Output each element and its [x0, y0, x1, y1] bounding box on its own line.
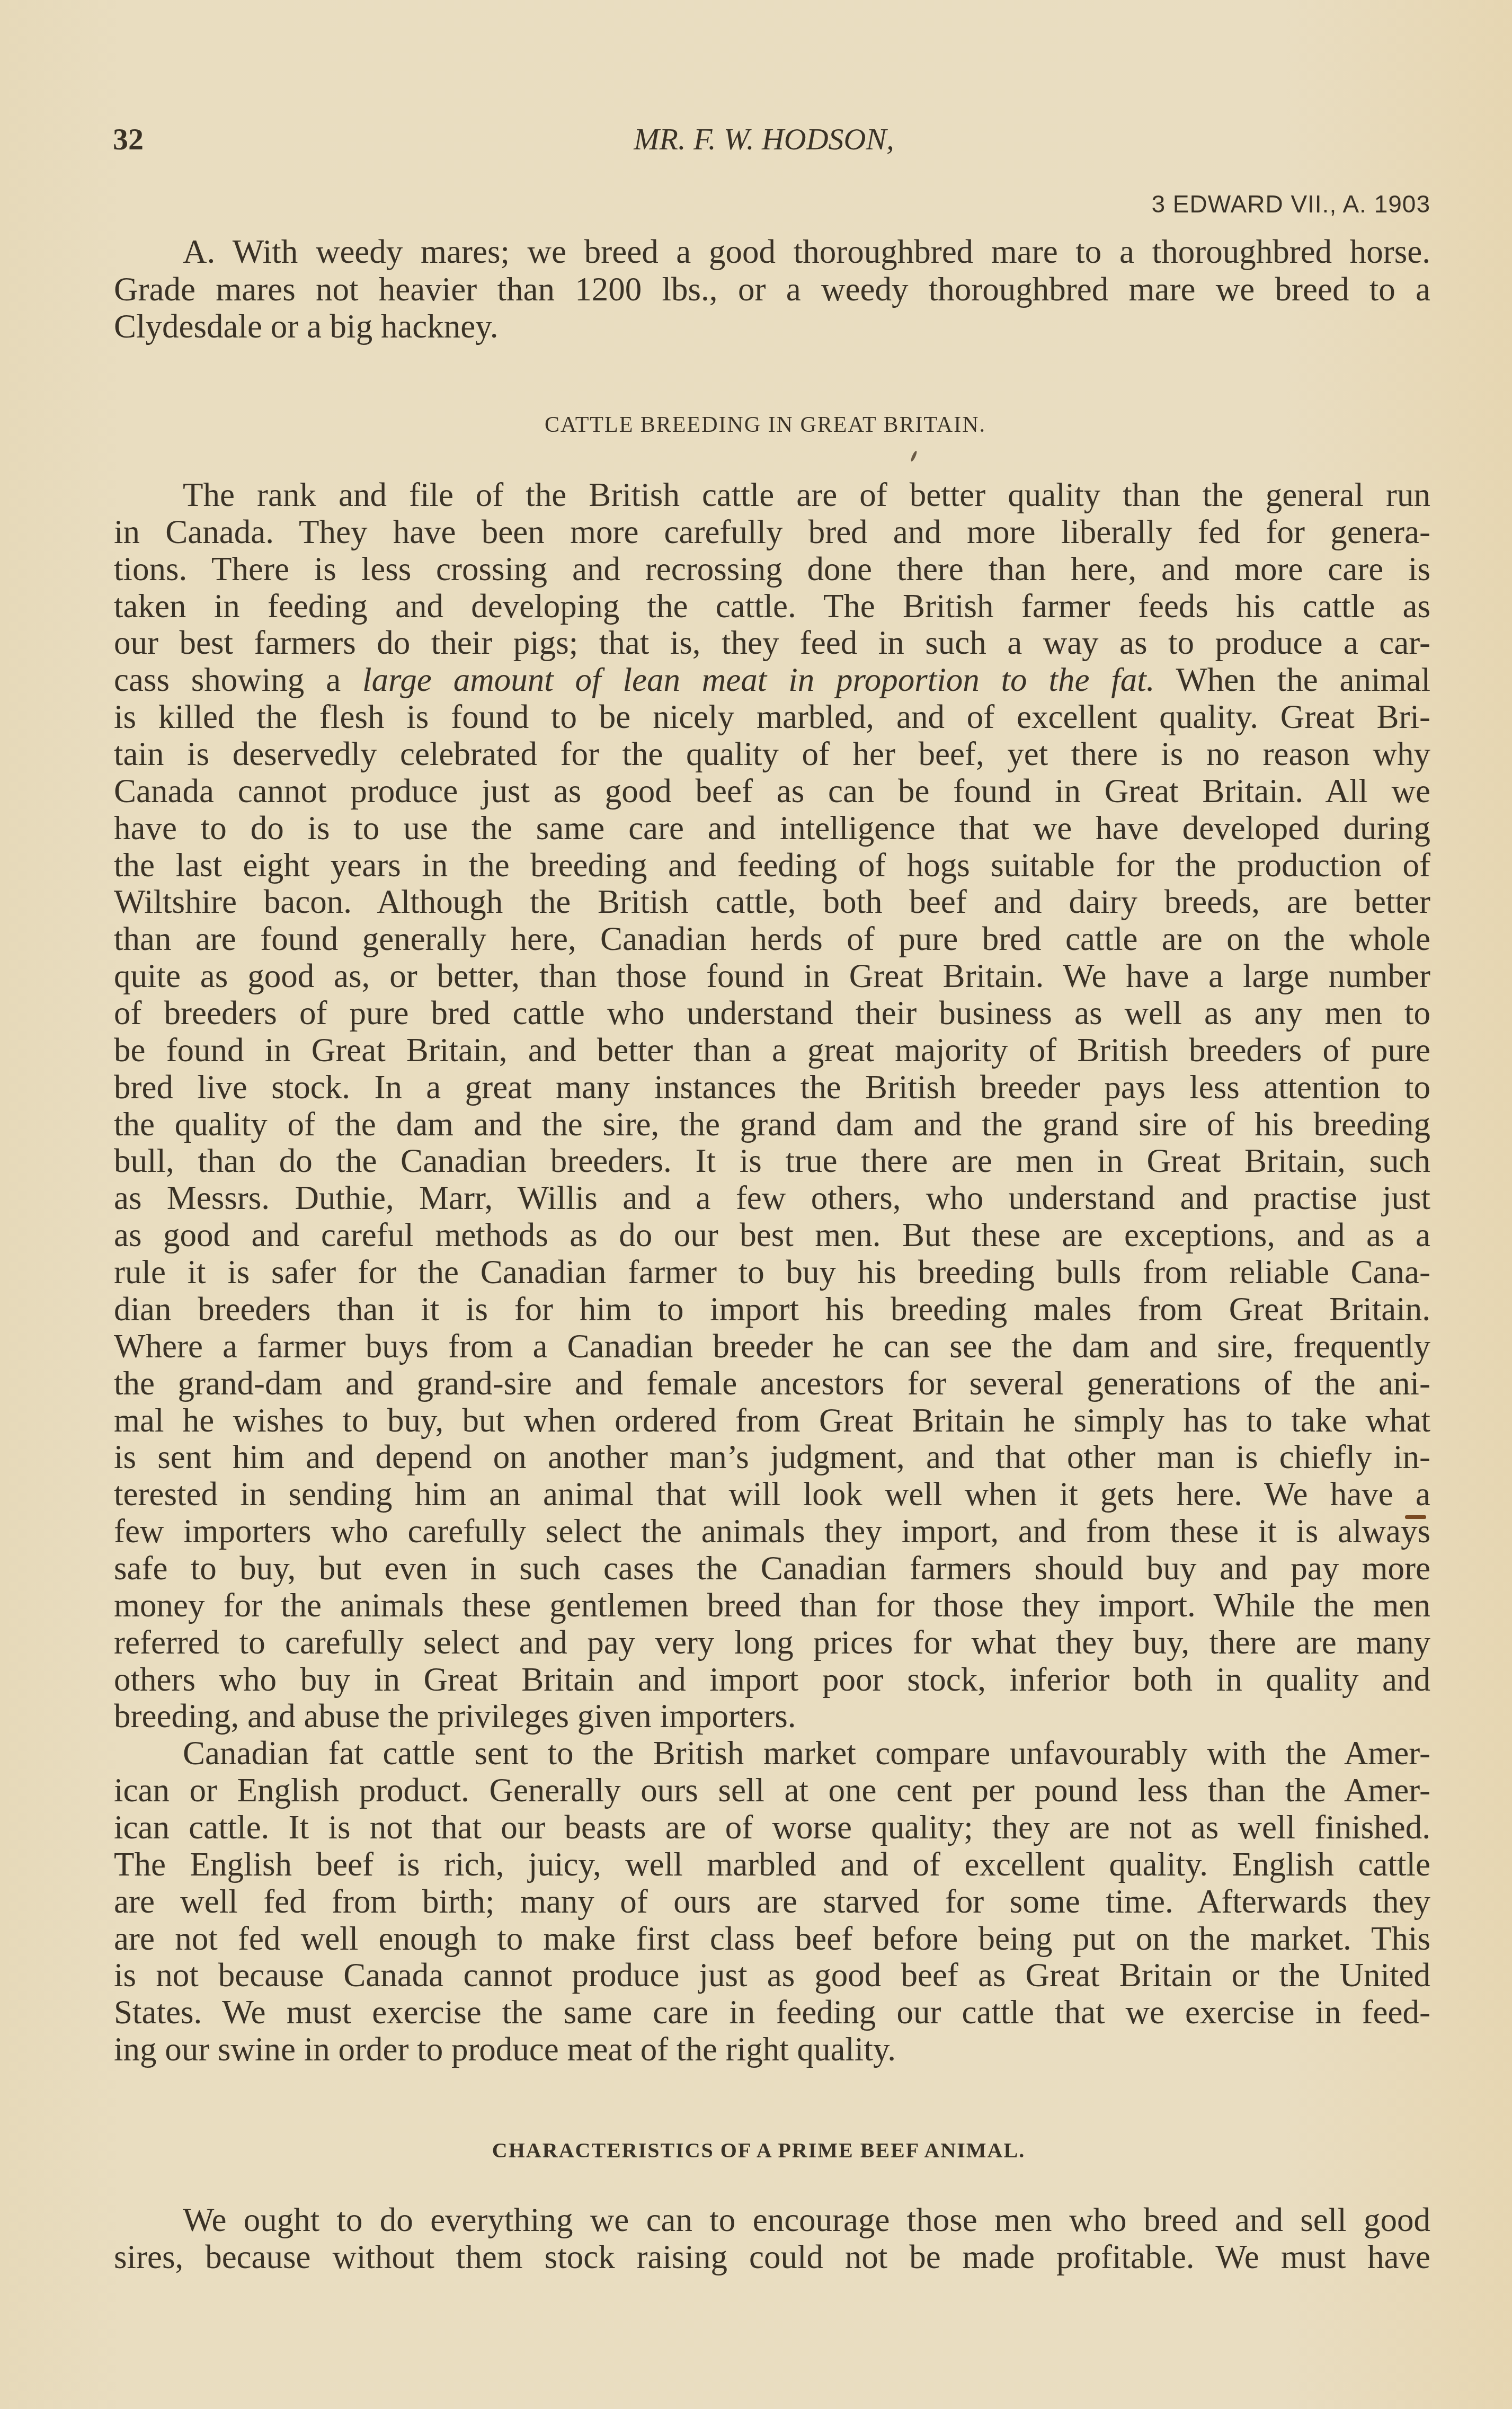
- text-line: have to do is to use the same care and i…: [114, 810, 1430, 847]
- text-line: the last eight years in the breeding and…: [114, 847, 1430, 884]
- text-line: safe to buy, but even in such cases the …: [114, 1550, 1430, 1587]
- text-line: the grand-dam and grand-sire and female …: [114, 1365, 1430, 1402]
- text-line: ing our swine in order to produce meat o…: [114, 2031, 1430, 2068]
- text-line: ican cattle. It is not that our beasts a…: [114, 1809, 1430, 1846]
- text-line: States. We must exercise the same care i…: [114, 1994, 1430, 2031]
- text-line: The rank and file of the British cattle …: [183, 476, 1430, 513]
- text-line: bred live stock. In a great many instanc…: [114, 1069, 1430, 1106]
- text-line: be found in Great Britain, and better th…: [114, 1032, 1430, 1069]
- text-line: We ought to do everything we can to enco…: [183, 2201, 1430, 2238]
- text-line: The English beef is rich, juicy, well ma…: [114, 1846, 1430, 1883]
- text-line: rule it is safer for the Canadian farmer…: [114, 1254, 1430, 1291]
- text-line: are well fed from birth; many of ours ar…: [114, 1883, 1430, 1920]
- emphasis: large amount of lean meat in proportion …: [362, 661, 1155, 698]
- running-head-title: MR. F. W. HODSON,: [0, 123, 1512, 155]
- text-line: sires, because without them stock raisin…: [114, 2238, 1430, 2275]
- session-label: 3 EDWARD VII., A. 1903: [1152, 191, 1431, 217]
- text-line: cass showing a large amount of lean meat…: [114, 661, 1430, 698]
- text-line: as good and careful methods as do our be…: [114, 1216, 1430, 1254]
- text-line: than are found generally here, Canadian …: [114, 920, 1430, 957]
- text-line: others who buy in Great Britain and impo…: [114, 1661, 1430, 1698]
- section-heading-cattle-breeding: CATTLE BREEDING IN GREAT BRITAIN.: [0, 413, 1512, 437]
- text-line: is not because Canada cannot produce jus…: [114, 1957, 1430, 1994]
- text-line: bull, than do the Canadian breeders. It …: [114, 1142, 1430, 1179]
- text-line: tions. There is less crossing and recros…: [114, 550, 1430, 588]
- text-line: is killed the flesh is found to be nicel…: [114, 698, 1430, 735]
- text-line: Grade mares not heavier than 1200 lbs., …: [114, 271, 1430, 308]
- text-line: mal he wishes to buy, but when ordered f…: [114, 1402, 1430, 1439]
- text-line: as Messrs. Duthie, Marr, Willis and a fe…: [114, 1179, 1430, 1216]
- text-line: in Canada. They have been more carefully…: [114, 513, 1430, 550]
- text-line: is sent him and depend on another man’s …: [114, 1438, 1430, 1475]
- text-line: our best farmers do their pigs; that is,…: [114, 624, 1430, 661]
- text-line: dian breeders than it is for him to impo…: [114, 1291, 1430, 1328]
- text-line: money for the animals these gentlemen br…: [114, 1587, 1430, 1624]
- text-line: Canada cannot produce just as good beef …: [114, 772, 1430, 810]
- stray-mark: [910, 450, 918, 462]
- text-line: ican or English product. Generally ours …: [114, 1772, 1430, 1809]
- margin-ink-mark: [1405, 1515, 1426, 1519]
- text-line: the quality of the dam and the sire, the…: [114, 1106, 1430, 1143]
- text-line: tain is deservedly celebrated for the qu…: [114, 735, 1430, 772]
- text-line: Where a farmer buys from a Canadian bree…: [114, 1328, 1430, 1365]
- text-line: A. With weedy mares; we breed a good tho…: [183, 233, 1430, 270]
- text-line: Canadian fat cattle sent to the British …: [183, 1735, 1430, 1772]
- text-line: Wiltshire bacon. Although the British ca…: [114, 883, 1430, 920]
- text-line: terested in sending him an animal that w…: [114, 1475, 1430, 1513]
- text-line: few importers who carefully select the a…: [114, 1513, 1430, 1550]
- section-heading-prime-beef: CHARACTERISTICS OF A PRIME BEEF ANIMAL.: [0, 2138, 1512, 2163]
- text-line: Clydesdale or a big hackney.: [114, 308, 1430, 345]
- text-line: breeding, and abuse the privileges given…: [114, 1697, 1430, 1735]
- text-line: of breeders of pure bred cattle who unde…: [114, 994, 1430, 1032]
- text-line: referred to carefully select and pay ver…: [114, 1624, 1430, 1661]
- text-line: quite as good as, or better, than those …: [114, 957, 1430, 994]
- text-line: taken in feeding and developing the catt…: [114, 588, 1430, 625]
- text-line: are not fed well enough to make first cl…: [114, 1920, 1430, 1957]
- scanned-page: 32 MR. F. W. HODSON, 3 EDWARD VII., A. 1…: [0, 0, 1512, 2409]
